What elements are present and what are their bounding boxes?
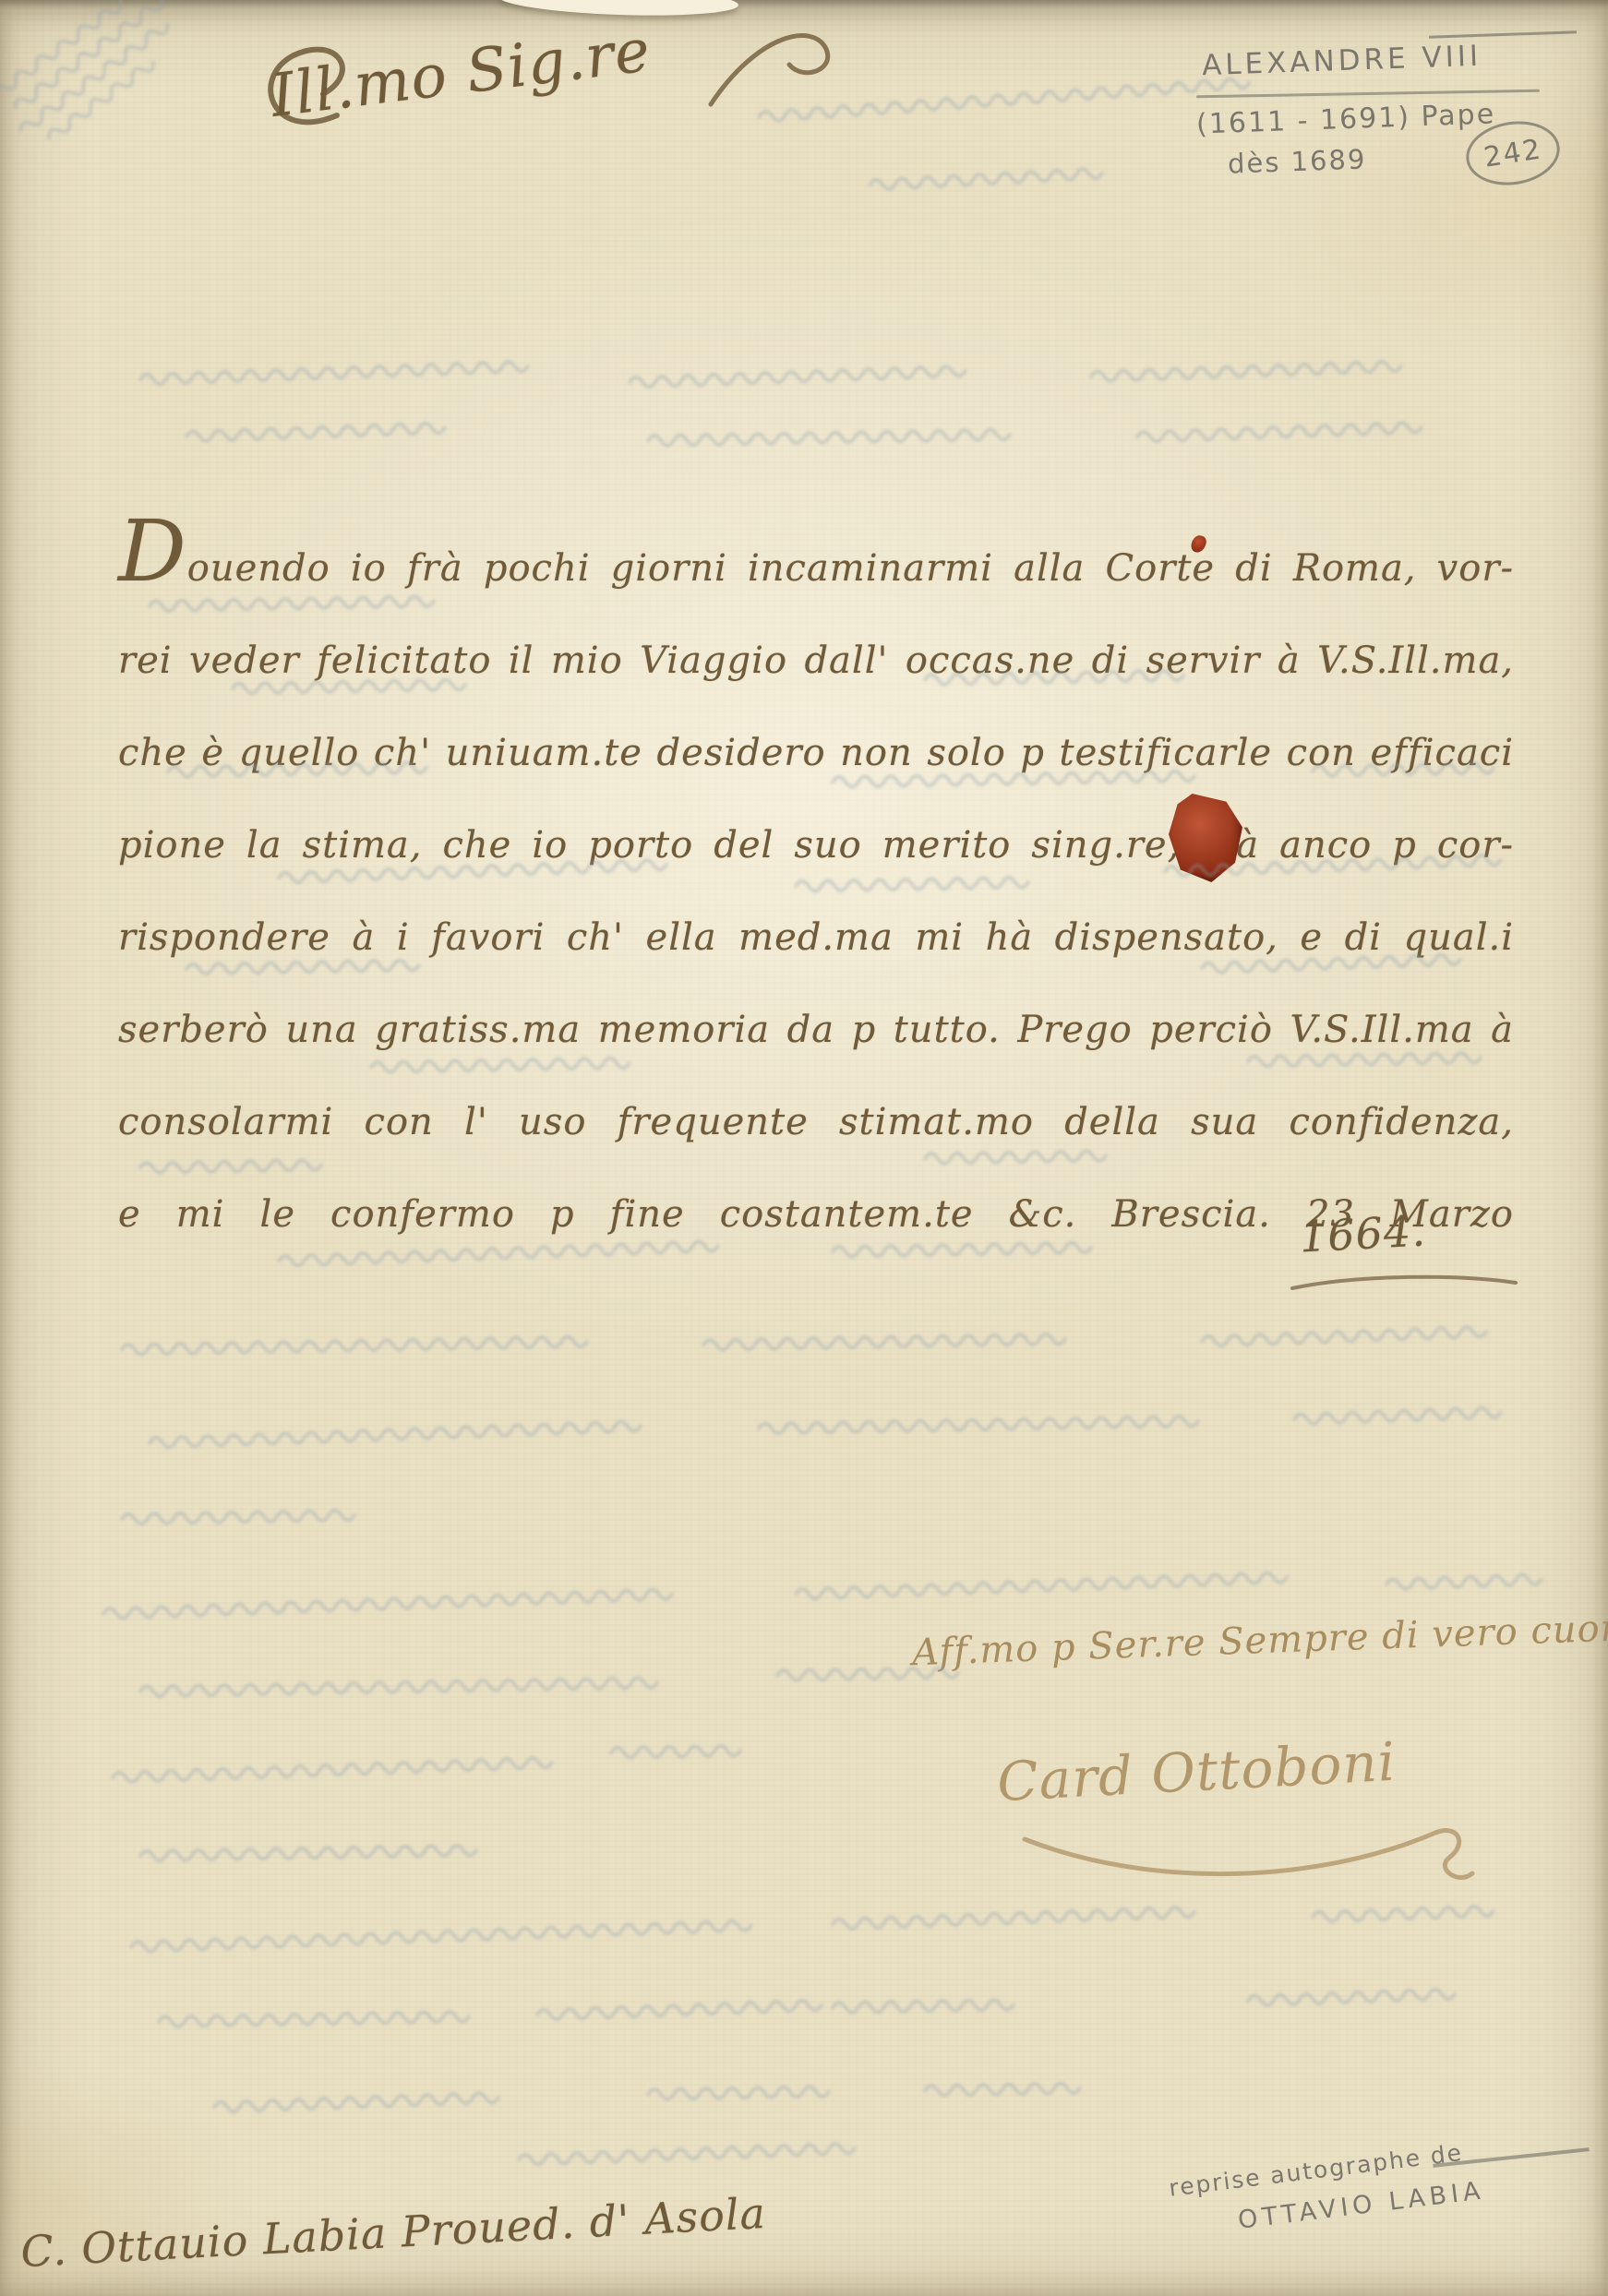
- bleed-through-ghost-writing: [535, 1993, 832, 2026]
- bleed-through-ghost-writing: [120, 1504, 360, 1531]
- bleed-through-ghost-writing: [120, 1330, 600, 1360]
- bleed-through-ghost-writing: [831, 1993, 1015, 2018]
- bleed-through-ghost-writing: [212, 2086, 509, 2118]
- pencil-note-dates: (1611 - 1691) Pape: [1195, 98, 1495, 140]
- pencil-note-elected: dès 1689: [1227, 143, 1366, 179]
- pencil-note-attribution: reprise autographe de OTTAVIO LABIA: [1168, 2137, 1486, 2243]
- bleed-through-ghost-writing: [646, 423, 1034, 451]
- bleed-through-ghost-writing: [138, 1154, 323, 1178]
- bleed-through-ghost-writing: [868, 161, 1109, 197]
- letter-line: che è quello ch' uniuam.te desidero non …: [118, 707, 1514, 799]
- bleed-through-ghost-writing: [157, 2005, 471, 2033]
- bleed-through-ghost-writing: [138, 1839, 489, 1868]
- bleed-through-ghost-writing: [757, 1410, 1200, 1440]
- bleed-through-ghost-writing: [138, 355, 536, 391]
- bleed-through-ghost-writing: [1385, 1568, 1552, 1596]
- bleed-through-ghost-writing: [628, 359, 979, 393]
- bleed-through-ghost-writing: [1311, 1900, 1496, 1929]
- bleed-through-ghost-writing: [702, 1327, 1089, 1356]
- bleed-through-ghost-writing: [923, 2076, 1089, 2101]
- pencil-stroke: [1429, 30, 1577, 39]
- bleed-through-ghost-writing: [148, 1414, 665, 1454]
- bleed-through-ghost-writing: [1311, 757, 1495, 782]
- bleed-through-ghost-writing: [1200, 1320, 1506, 1353]
- bleed-through-ghost-writing: [185, 954, 425, 981]
- bleed-through-ghost-writing: [1089, 354, 1422, 389]
- top-left-faint-note: [0, 0, 210, 159]
- archivist-ink-note: C. Ottauio Labia Proued. d' Asola: [19, 2188, 767, 2277]
- bleed-through-ghost-writing: [609, 1740, 757, 1764]
- date-underline-flourish: [1289, 1272, 1519, 1294]
- manuscript-page: Ill.mo Sig.re ALEXANDRE VIII (1611 - 169…: [0, 0, 1608, 2296]
- bleed-through-ghost-writing: [129, 1914, 757, 1958]
- bleed-through-ghost-writing: [111, 1752, 555, 1789]
- bleed-through-ghost-writing: [1135, 415, 1441, 448]
- bleed-through-ghost-writing: [231, 674, 471, 700]
- paper-top-edge-shadow: [0, 0, 1608, 8]
- bleed-through-ghost-writing: [517, 2136, 869, 2170]
- bleed-through-ghost-writing: [1246, 1982, 1478, 2013]
- signature: Card Ottoboni: [996, 1730, 1398, 1814]
- bleed-through-ghost-writing: [1292, 1401, 1515, 1430]
- bleed-through-ghost-writing: [831, 1900, 1219, 1936]
- closing-formula: Aff.mo p Ser.re Sempre di vero cuore.: [911, 1609, 1558, 1674]
- bleed-through-ghost-writing: [1246, 1046, 1505, 1073]
- bleed-through-ghost-writing: [646, 2080, 831, 2105]
- signature-flourish: [1015, 1816, 1477, 1899]
- bleed-through-ghost-writing: [185, 416, 462, 448]
- bleed-through-ghost-writing: [794, 871, 1052, 898]
- bleed-through-ghost-writing: [102, 1583, 674, 1625]
- bleed-through-ghost-writing: [923, 1144, 1108, 1169]
- letter-date-year: 1664.: [1299, 1205, 1427, 1262]
- letter-line: consolarmi con l' uso frequente stimat.m…: [118, 1076, 1514, 1168]
- bleed-through-ghost-writing: [138, 1671, 674, 1703]
- bleed-through-ghost-writing: [775, 1661, 960, 1686]
- bleed-through-ghost-writing: [794, 1565, 1311, 1606]
